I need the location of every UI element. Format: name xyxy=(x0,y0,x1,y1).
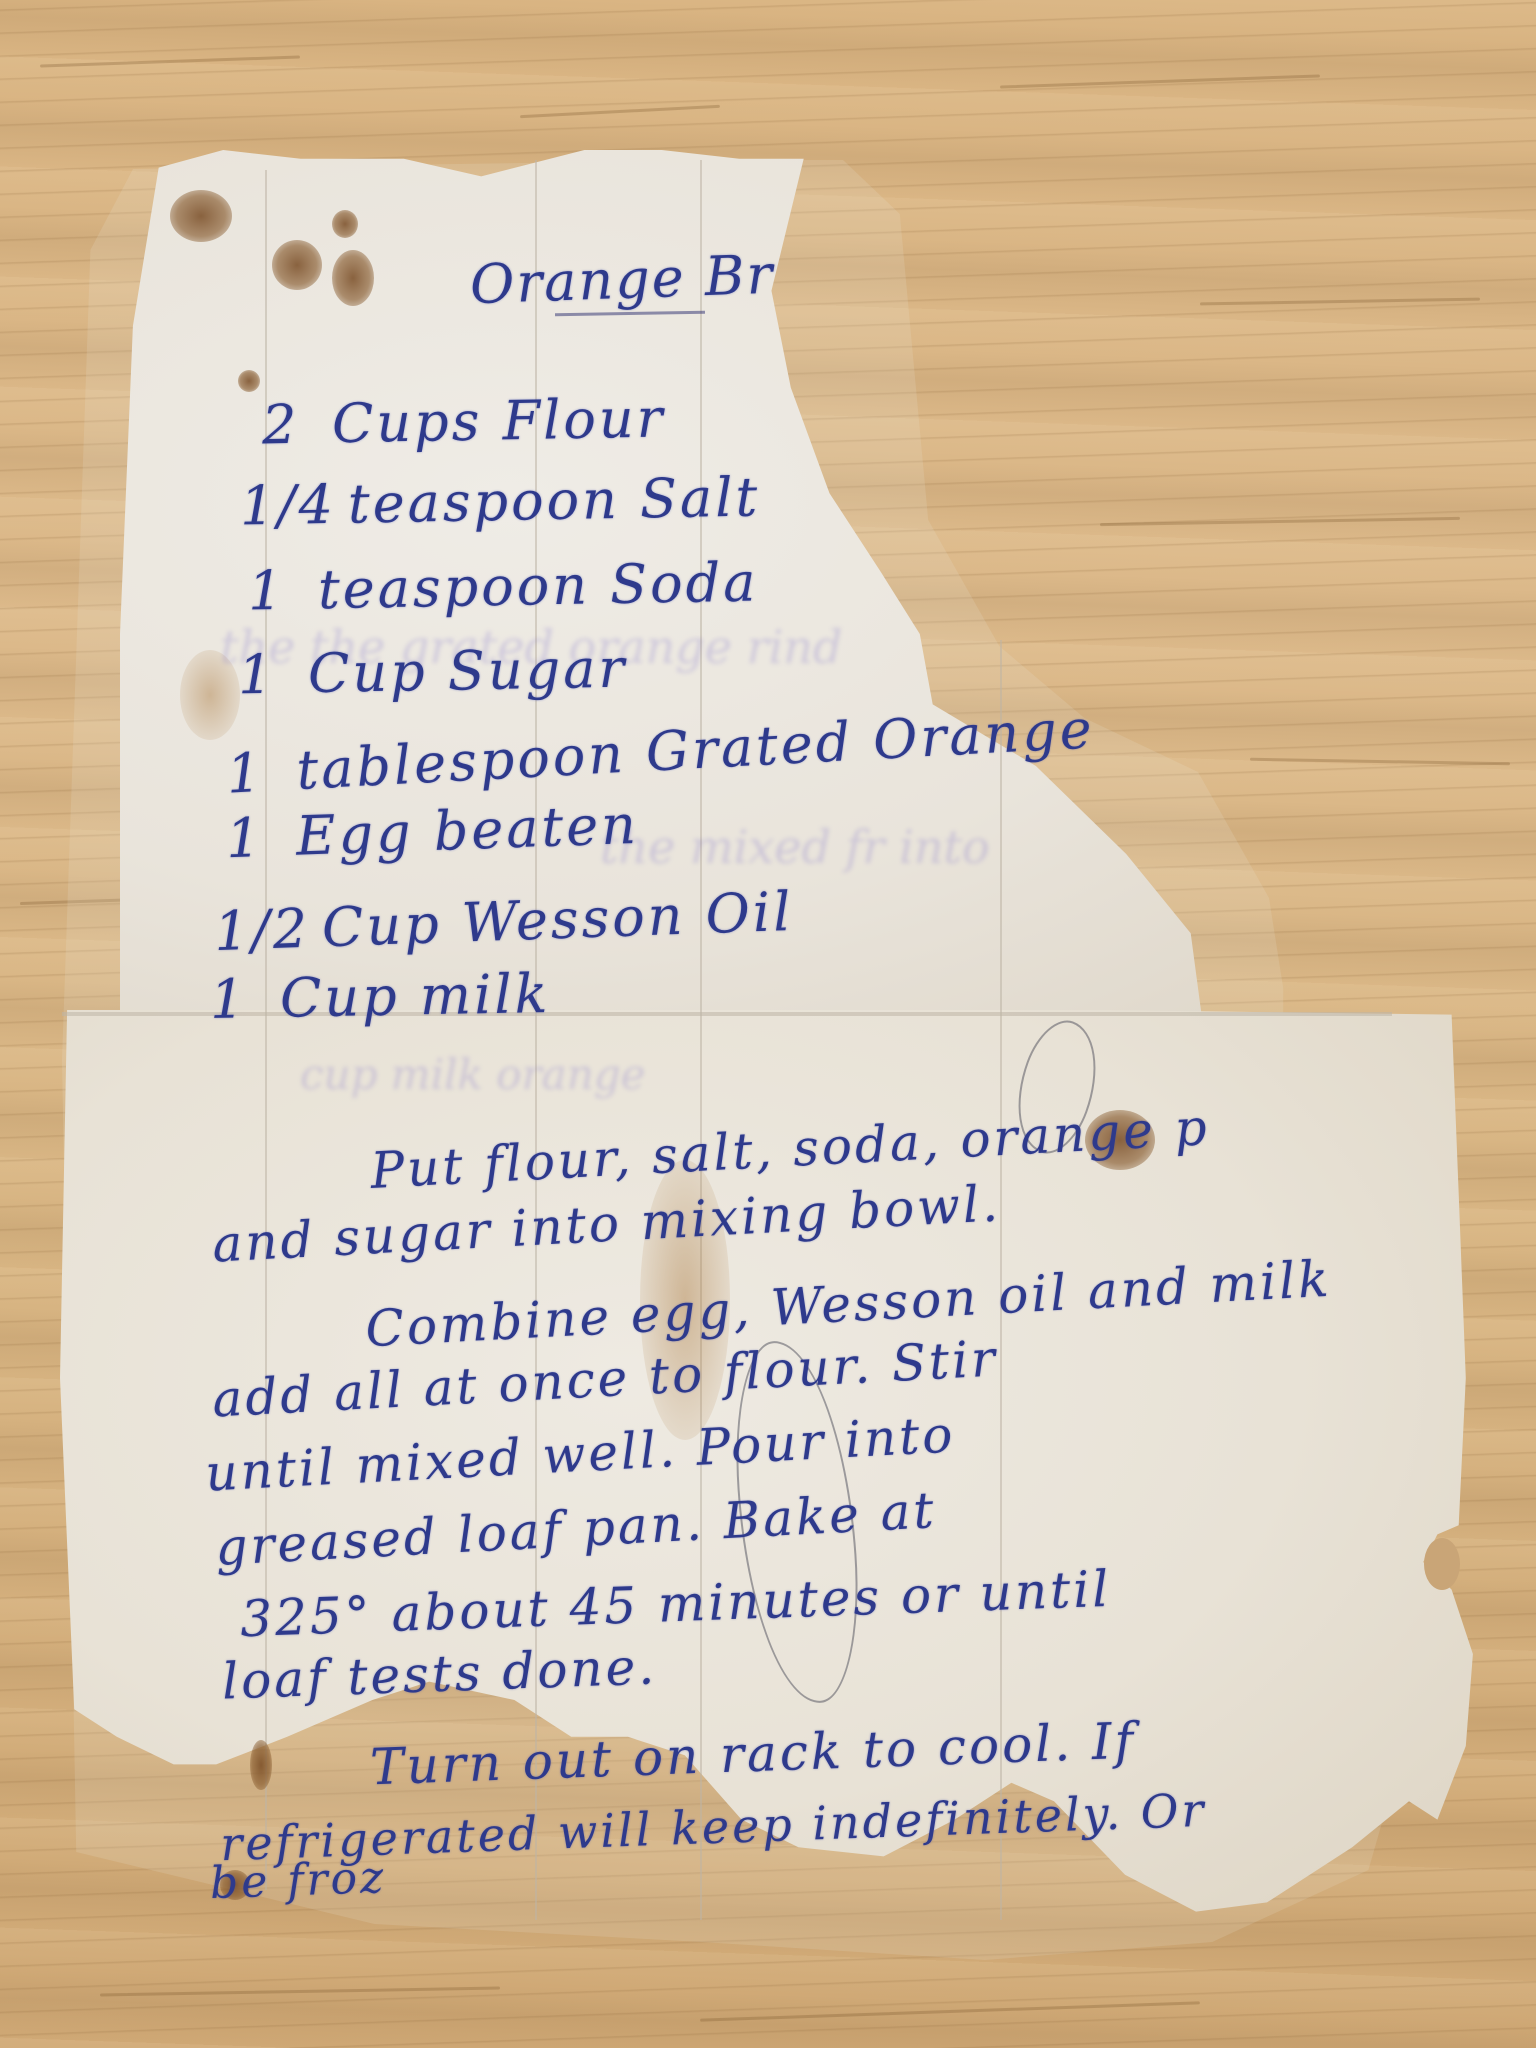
ingredient-name: teaspoon Salt xyxy=(347,465,760,535)
ingredient-item: 1/4teaspoon Salt xyxy=(239,465,760,537)
water-stain xyxy=(238,370,260,392)
ingredient-qty: 1 xyxy=(225,740,286,806)
ingredient-qty: 1 xyxy=(237,642,296,706)
wood-grain xyxy=(1250,758,1510,766)
ingredient-qty: 1 xyxy=(247,558,306,622)
ingredient-name: Cup milk xyxy=(279,962,550,1030)
water-stain xyxy=(170,190,232,242)
ingredient-qty: 1 xyxy=(209,967,268,1031)
ingredient-qty: 1/2 xyxy=(213,897,311,963)
wood-grain xyxy=(700,2001,1200,2021)
recipe-title: Orange Br xyxy=(469,243,775,317)
water-stain xyxy=(272,240,322,290)
wood-grain xyxy=(520,105,720,118)
bleed-through-text: the mixed fr into xyxy=(600,820,990,874)
ingredient-item: 1Cup milk xyxy=(209,962,550,1031)
water-stain xyxy=(250,1740,272,1790)
wood-grain xyxy=(100,1987,500,1997)
ingredient-name: Cups Flour xyxy=(331,386,665,455)
ingredient-name: teaspoon Soda xyxy=(317,551,758,622)
ingredient-qty: 2 xyxy=(261,393,320,457)
water-stain xyxy=(332,250,374,306)
direction-line: be froz xyxy=(209,1852,387,1909)
wood-grain xyxy=(1200,298,1480,306)
ingredient-item: 2Cups Flour xyxy=(261,386,665,456)
water-stain xyxy=(332,210,358,238)
wood-grain xyxy=(1000,74,1320,88)
ingredient-qty: 1 xyxy=(225,805,285,870)
vertical-fold xyxy=(700,160,702,1920)
ingredient-item: 1teaspoon Soda xyxy=(247,551,758,623)
ingredient-name: Egg beaten xyxy=(295,793,640,868)
bleed-through-text: cup milk orange xyxy=(300,1050,646,1099)
ingredient-qty: 1/4 xyxy=(239,473,336,538)
ingredient-name: Cup Sugar xyxy=(307,637,627,706)
ingredient-item: 1Cup Sugar xyxy=(237,637,627,707)
wood-grain xyxy=(1100,517,1460,526)
paper-hole xyxy=(1424,1538,1460,1590)
wood-grain xyxy=(40,55,300,67)
